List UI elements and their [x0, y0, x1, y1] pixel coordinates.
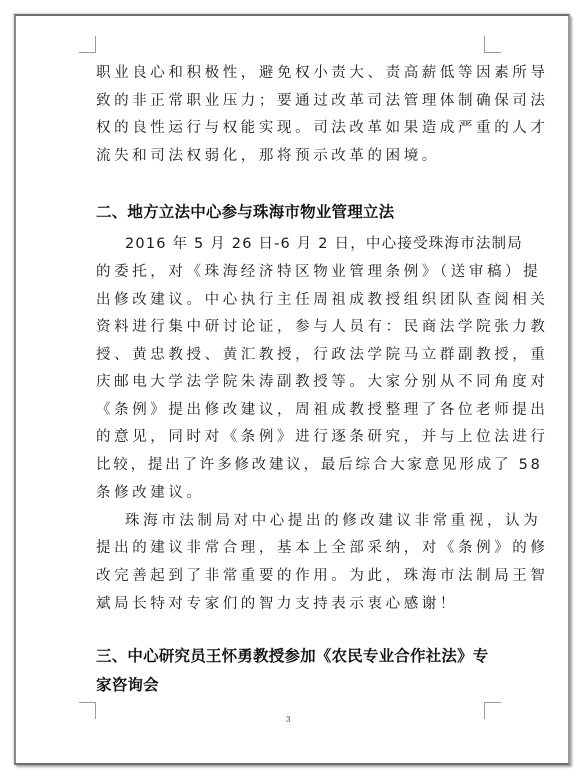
margin-corner-mark-top-right	[484, 36, 501, 53]
paragraph-line: 资料进行集中研讨论证，参与人员有：民商法学院张力教	[96, 318, 485, 336]
paragraph-line: 条修改建议。	[96, 484, 485, 502]
paragraph-line: 出修改建议。中心执行主任周祖成教授组织团队查阅相关	[96, 291, 485, 309]
paragraph-line: 提出的建议非常合理，基本上全部采纳，对《条例》的修	[96, 539, 485, 557]
paragraph-line: 珠海市法制局对中心提出的修改建议非常重视，认为	[125, 512, 485, 530]
paragraph-line: 改完善起到了非常重要的作用。为此，珠海市法制局王智	[96, 567, 485, 585]
paragraph-line: 流失和司法权弱化，那将预示改革的困境。	[96, 147, 485, 165]
paragraph-line: 授、黄忠教授、黄汇教授，行政法学院马立群副教授，重	[96, 346, 485, 364]
paragraph-line: 的意见，同时对《条例》进行逐条研究，并与上位法进行	[96, 428, 485, 446]
paragraph-line: 致的非正常职业压力；要通过改革司法管理体制确保司法	[96, 92, 485, 110]
section-heading: 家咨询会	[96, 675, 485, 695]
paragraph-line: 2016 年 5 月 26 日-6 月 2 日，中心接受珠海市法制局	[125, 235, 485, 253]
paragraph-line: 斌局长特对专家们的智力支持表示衷心感谢！	[96, 595, 485, 613]
section-heading: 三、中心研究员王怀勇教授参加《农民专业合作社法》专	[96, 646, 485, 666]
margin-corner-mark-top-left	[79, 36, 96, 53]
page-number: 3	[286, 715, 290, 724]
margin-corner-mark-bottom-right	[484, 702, 501, 719]
margin-corner-mark-bottom-left	[79, 702, 96, 719]
paragraph-line: 《条例》提出修改建议，周祖成教授整理了各位老师提出	[96, 401, 485, 419]
paragraph-line: 职业良心和积极性，避免权小责大、责高薪低等因素所导	[96, 64, 485, 82]
paragraph-line: 的委托，对《珠海经济特区物业管理条例》（送审稿）提	[96, 263, 485, 281]
paragraph-line: 权的良性运行与权能实现。司法改革如果造成严重的人才	[96, 119, 485, 137]
paragraph-line: 比较，提出了许多修改建议，最后综合大家意见形成了 58	[96, 456, 485, 474]
paragraph-line: 庆邮电大学法学院朱涛副教授等。大家分别从不同角度对	[96, 373, 485, 391]
section-heading: 二、地方立法中心参与珠海市物业管理立法	[96, 202, 485, 222]
